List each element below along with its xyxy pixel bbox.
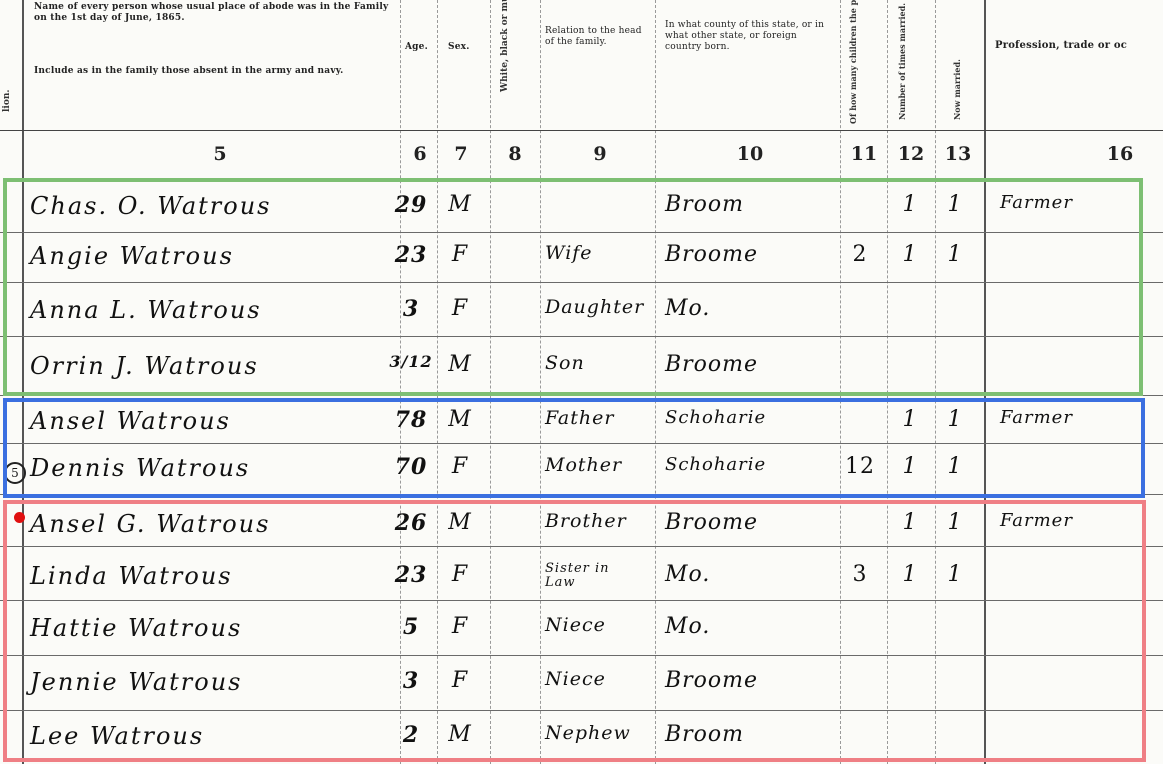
relation-header: Relation to the head of the family. [545, 26, 651, 48]
column-number: 13 [936, 143, 980, 165]
now-married-header: Now married. [952, 59, 962, 120]
family-group-2-box [3, 398, 1145, 498]
sex-header: Sex. [448, 42, 470, 53]
column-number: 16 [1090, 143, 1150, 165]
family-group-1-box [3, 178, 1143, 396]
column-number: 7 [441, 143, 481, 165]
column-number: 12 [889, 143, 933, 165]
times-married-header: Number of times married. [897, 3, 907, 120]
family-group-3-box [3, 500, 1146, 762]
children-header: Of how many children the parent. [848, 0, 858, 124]
column-number: 8 [495, 143, 535, 165]
census-sheet: lion. Name of every person whose usual p… [0, 0, 1163, 764]
column-number: 6 [405, 143, 435, 165]
name-instructions: Name of every person whose usual place o… [34, 2, 394, 24]
age-header: Age. [405, 42, 428, 53]
left-margin-label: lion. [2, 89, 12, 112]
column-number: 11 [842, 143, 886, 165]
color-header: White, black or mulatto — Color [500, 0, 510, 92]
column-number: 10 [720, 143, 780, 165]
profession-header: Profession, trade or oc [995, 40, 1127, 51]
header-rule [0, 130, 1163, 131]
birthplace-header: In what county of this state, or in what… [665, 20, 835, 53]
column-number: 9 [570, 143, 630, 165]
column-number: 5 [190, 143, 250, 165]
selection-marker [14, 512, 25, 523]
name-note: Include as in the family those absent in… [34, 66, 394, 77]
